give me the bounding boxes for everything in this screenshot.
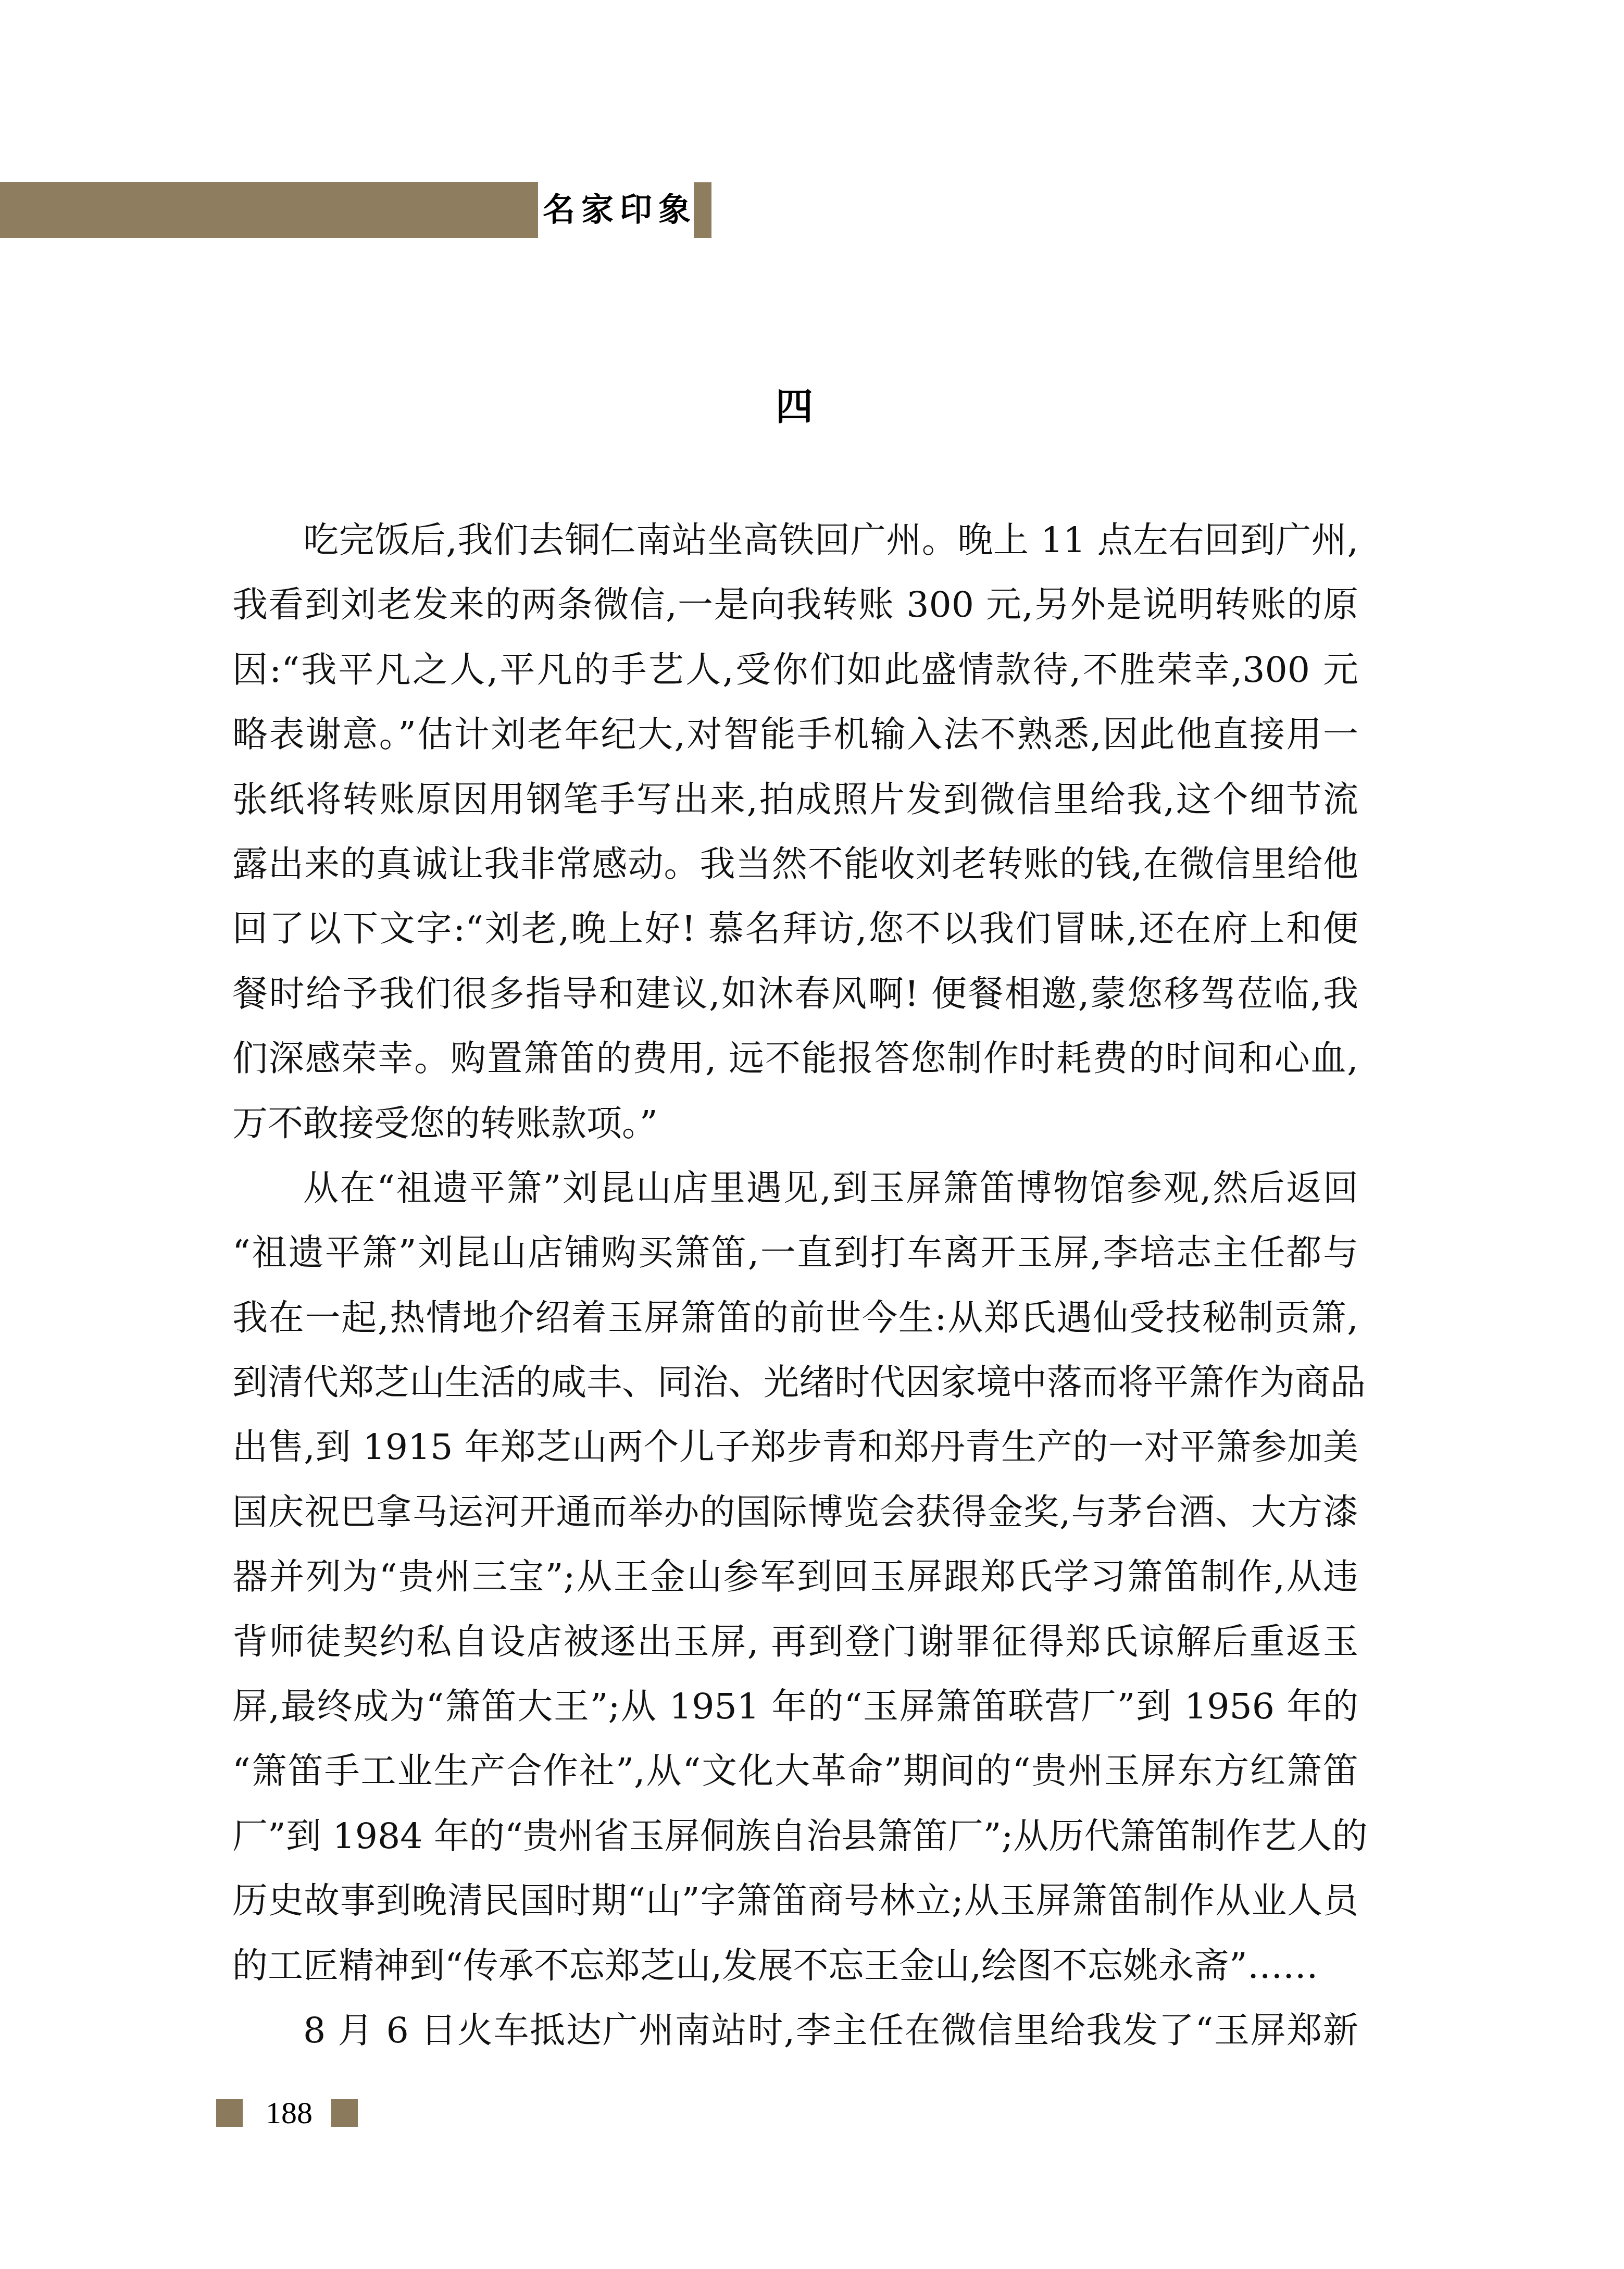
body-line: 我在一起,热情地介绍着玉屏箫笛的前世今生:从郑氏遇仙受技秘制贡箫, (232, 1286, 1358, 1351)
body-line: 回了以下文字:“刘老,晚上好! 慕名拜访,您不以我们冒昧,还在府上和便 (232, 897, 1358, 962)
body-line: 厂”到 1984 年的“贵州省玉屏侗族自治县箫笛厂”;从历代箫笛制作艺人的 (232, 1804, 1358, 1869)
body-line: 8 月 6 日火车抵达广州南站时,李主任在微信里给我发了“玉屏郑新 (232, 1999, 1358, 2063)
body-line: 历史故事到晚清民国时期“山”字箫笛商号林立;从玉屏箫笛制作从业人员 (232, 1869, 1358, 1934)
body-line: 吃完饭后,我们去铜仁南站坐高铁回广州。晚上 11 点左右回到广州, (232, 508, 1358, 573)
body-line: 们深感荣幸。购置箫笛的费用, 远不能报答您制作时耗费的时间和心血, (232, 1027, 1358, 1091)
body-line: 出售,到 1915 年郑芝山两个儿子郑步青和郑丹青生产的一对平箫参加美 (232, 1415, 1358, 1480)
body-line: 餐时给予我们很多指导和建议,如沐春风啊! 便餐相邀,蒙您移驾莅临,我 (232, 962, 1358, 1027)
series-title: 玉屏箫笛文史集萃 (229, 367, 498, 417)
body-text: 吃完饭后,我们去铜仁南站坐高铁回广州。晚上 11 点左右回到广州, 我看到刘老发… (232, 508, 1358, 2063)
body-line: 器并列为“贵州三宝”;从王金山参军到回玉屏跟郑氏学习箫笛制作,从违 (232, 1545, 1358, 1610)
body-line: “祖遗平箫”刘昆山店铺购买箫笛,一直到打车离开玉屏,李培志主任都与 (232, 1221, 1358, 1286)
section-label: 名家印象 (543, 182, 697, 238)
body-line: 到清代郑芝山生活的咸丰、同治、光绪时代因家境中落而将平箫作为商品 (232, 1351, 1358, 1415)
folio-square-left (216, 2099, 243, 2127)
body-line: 露出来的真诚让我非常感动。我当然不能收刘老转账的钱,在微信里给他 (232, 832, 1358, 897)
body-line: 略表谢意。”估计刘老年纪大,对智能手机输入法不熟悉,因此他直接用一 (232, 703, 1358, 767)
folio-square-right (331, 2099, 358, 2127)
section-heading: 四 (742, 383, 846, 430)
page-number: 188 (260, 2094, 318, 2131)
body-line: 张纸将转账原因用钢笔手写出来,拍成照片发到微信里给我,这个细节流 (232, 768, 1358, 832)
body-line: 屏,最终成为“箫笛大王”;从 1951 年的“玉屏箫笛联营厂”到 1956 年的 (232, 1675, 1358, 1739)
body-line: 背师徒契约私自设店被逐出玉屏, 再到登门谢罪征得郑氏谅解后重返玉 (232, 1610, 1358, 1675)
body-line: 从在“祖遗平箫”刘昆山店里遇见,到玉屏箫笛博物馆参观,然后返回 (232, 1156, 1358, 1221)
body-line: 因:“我平凡之人,平凡的手艺人,受你们如此盛情款待,不胜荣幸,300 元 (232, 638, 1358, 703)
body-line: 的工匠精神到“传承不忘郑芝山,发展不忘王金山,绘图不忘姚永斋”…… (232, 1934, 1358, 1999)
running-header-bar: 玉屏箫笛文史集萃 (0, 182, 538, 238)
body-line: 国庆祝巴拿马运河开通而举办的国际博览会获得金奖,与茅台酒、大方漆 (232, 1480, 1358, 1545)
body-line: “箫笛手工业生产合作社”,从“文化大革命”期间的“贵州玉屏东方红箫笛 (232, 1739, 1358, 1804)
body-line: 我看到刘老发来的两条微信,一是向我转账 300 元,另外是说明转账的原 (232, 573, 1358, 638)
header-end-bar (694, 182, 711, 238)
body-line: 万不敢接受您的转账款项。” (232, 1092, 1358, 1156)
